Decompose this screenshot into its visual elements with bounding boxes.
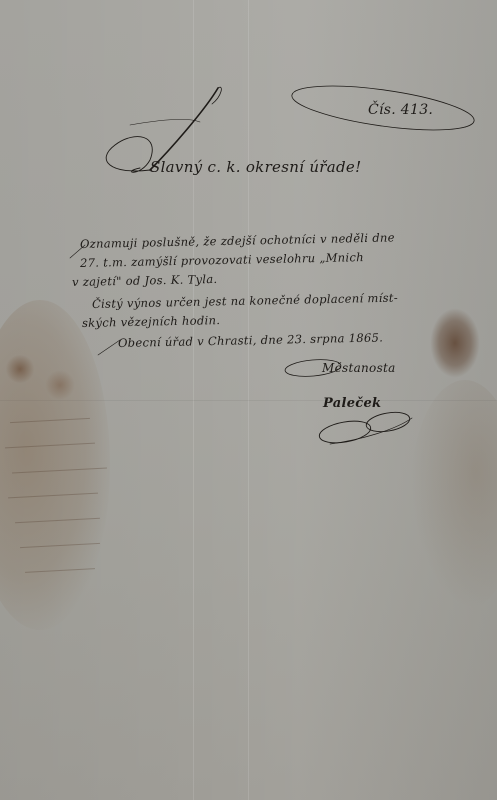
salutation: Slavný c. k. okresní úřade! bbox=[150, 158, 361, 176]
signature-title: Městanosta bbox=[322, 361, 396, 375]
pen-flourishes bbox=[0, 0, 497, 800]
reference-number: Čís. 413. bbox=[368, 102, 433, 118]
signature-name: Paleček bbox=[323, 396, 381, 411]
body-line: ských vězejních hodin. bbox=[82, 313, 220, 330]
paper-sheet: Čís. 413. Slavný c. k. okresní úřade! Oz… bbox=[0, 0, 497, 800]
